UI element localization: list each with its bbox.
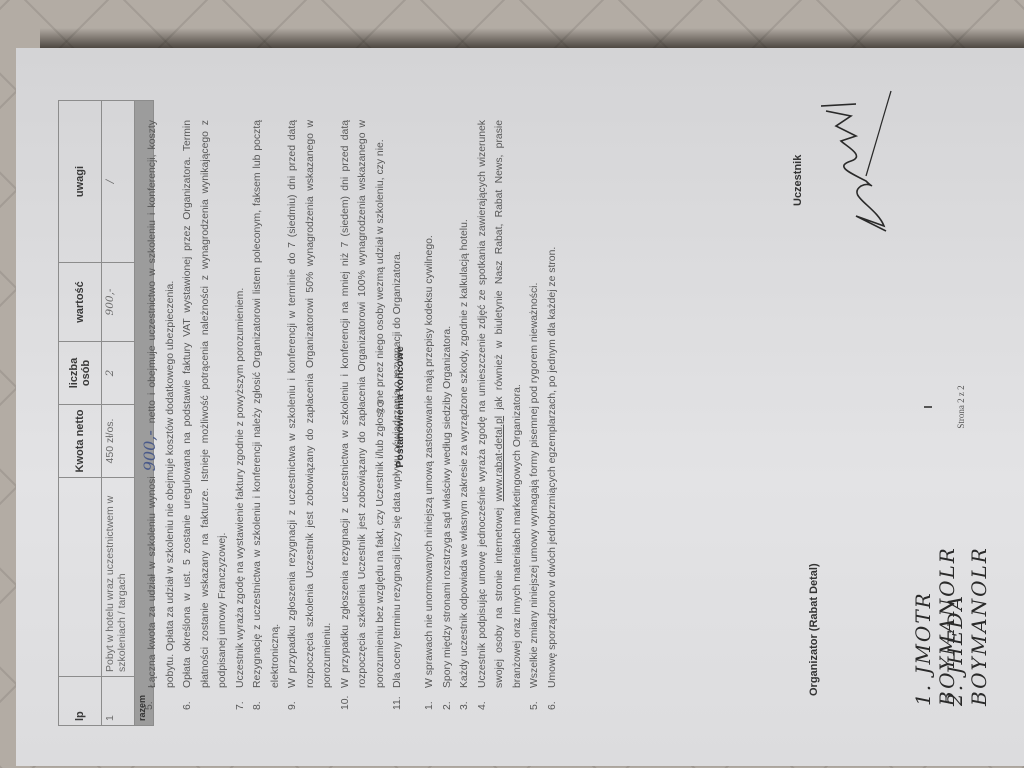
services-table: lp Kwota netto liczba osób wartość uwagi… bbox=[58, 100, 154, 726]
item-text: Rezygnację z uczestnictwa w szkoleniu i … bbox=[249, 120, 284, 688]
handwritten-line-2: 2. JHEDA BOYMANOLR bbox=[943, 486, 991, 706]
pen-mark bbox=[924, 406, 932, 408]
list-item: 6.Umowę sporządzono w dwóch jednobrzmiąc… bbox=[544, 120, 562, 710]
item-number: 9. bbox=[284, 688, 337, 710]
handwritten-amount: 900,- bbox=[140, 430, 159, 471]
list-item: 4.Uczestnik podpisując umowę jednocześni… bbox=[474, 120, 527, 710]
cell-value: 900,- bbox=[102, 263, 135, 342]
item-number: 3. bbox=[456, 688, 474, 710]
item-text: W przypadku zgłoszenia rezygnacji z ucze… bbox=[284, 120, 337, 688]
col-header-description bbox=[59, 478, 102, 677]
list-item: 5.Łączna kwota za udział w szkoleniu wyn… bbox=[141, 120, 179, 710]
item-number: 8. bbox=[249, 688, 284, 710]
item-text: Wszelkie zmiany niniejszej umowy wymagaj… bbox=[526, 120, 544, 688]
final-section-title: Postanowienia końcowe bbox=[394, 48, 406, 766]
page-footer: Strona 2 z 2 bbox=[956, 48, 966, 766]
final-terms-section: 1.W sprawach nie unormowanych niniejszą … bbox=[421, 120, 561, 710]
item-number: 1. bbox=[421, 688, 439, 710]
table-header-row: lp Kwota netto liczba osób wartość uwagi bbox=[59, 101, 102, 726]
list-item: 3.Każdy uczestnik odpowiada we własnym z… bbox=[456, 120, 474, 710]
cell-persons: 2 bbox=[102, 342, 135, 405]
table-row: 1 Pobyt w hotelu wraz uczestnictwem w sz… bbox=[102, 101, 135, 726]
item-text: Łączna kwota za udział w szkoleniu wynos… bbox=[141, 120, 179, 688]
col-header-net-amount: Kwota netto bbox=[59, 405, 102, 478]
document-page: lp Kwota netto liczba osób wartość uwagi… bbox=[16, 48, 1024, 766]
item-text: Uczestnik podpisując umowę jednocześnie … bbox=[474, 120, 527, 688]
list-item: 6.Opłata określona w ust. 5 zostanie ure… bbox=[179, 120, 232, 710]
item-number: 2. bbox=[439, 688, 457, 710]
list-item: 7.Uczestnik wyraża zgodę na wystawienie … bbox=[232, 120, 250, 710]
participant-label: Uczestnik bbox=[792, 155, 804, 206]
col-header-persons: liczba osób bbox=[59, 342, 102, 405]
paper-shadow-top bbox=[40, 28, 1024, 50]
final-terms-list: 1.W sprawach nie unormowanych niniejszą … bbox=[421, 120, 561, 710]
cell-notes: / bbox=[102, 101, 135, 263]
list-item: 8.Rezygnację z uczestnictwa w szkoleniu … bbox=[249, 120, 284, 710]
item-text: W sprawach nie unormowanych niniejszą um… bbox=[421, 120, 439, 688]
list-item: 9.W przypadku zgłoszenia rezygnacji z uc… bbox=[284, 120, 337, 710]
cell-description: Pobyt w hotelu wraz uczestnictwem w szko… bbox=[102, 478, 135, 677]
item-number: 7. bbox=[232, 688, 250, 710]
list-item: 1.W sprawach nie unormowanych niniejszą … bbox=[421, 120, 439, 710]
terms-list: 5.Łączna kwota za udział w szkoleniu wyn… bbox=[141, 120, 407, 710]
item-number: 6. bbox=[179, 688, 232, 710]
terms-section: 5.Łączna kwota za udział w szkoleniu wyn… bbox=[141, 120, 407, 710]
col-header-lp: lp bbox=[59, 677, 102, 726]
item-text: Każdy uczestnik odpowiada we własnym zak… bbox=[456, 120, 474, 688]
list-item: 5.Wszelkie zmiany niniejszej umowy wymag… bbox=[526, 120, 544, 710]
item-text: Spory między stronami rozstrzyga sąd wła… bbox=[439, 120, 457, 688]
website-link: www.rabat-detal.pl bbox=[494, 416, 505, 501]
item-number: 5. bbox=[526, 688, 544, 710]
col-header-notes: uwagi bbox=[59, 101, 102, 263]
cell-net-amount: 450 zł/os. bbox=[102, 405, 135, 478]
organizer-label: Organizator (Rabat Detal) bbox=[808, 563, 820, 696]
item-text: Umowę sporządzono w dwóch jednobrzmiącyc… bbox=[544, 120, 562, 688]
item-text: Opłata określona w ust. 5 zostanie uregu… bbox=[179, 120, 232, 688]
item-number: 6. bbox=[544, 688, 562, 710]
paragraph-mark: § 3 bbox=[376, 48, 387, 766]
item-number: 4. bbox=[474, 688, 527, 710]
cell-lp: 1 bbox=[102, 677, 135, 726]
col-header-value: wartość bbox=[59, 263, 102, 342]
item-text: Uczestnik wyraża zgodę na wystawienie fa… bbox=[232, 120, 250, 688]
item-number: 5. bbox=[141, 688, 179, 710]
list-item: 2.Spory między stronami rozstrzyga sąd w… bbox=[439, 120, 457, 710]
participant-signature bbox=[816, 86, 896, 236]
